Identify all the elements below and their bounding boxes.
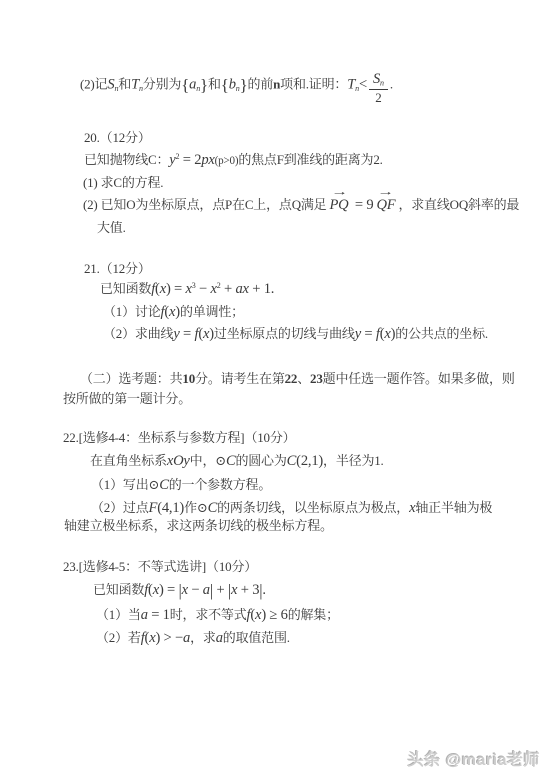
text-segment: 时，求不等式 [170,607,247,622]
question21-part2: （2）求曲线y = f(x)过坐标原点的切线与曲线y = f(x)的公共点的坐标… [103,325,488,344]
text-segment: ax [235,281,248,297]
question23-heading: 23.[选修4-5：不等式选讲]（10分） [63,559,257,576]
text-segment: 的圆心为 [235,453,286,468]
text-segment: n [380,79,384,88]
text-segment: ) = [159,582,179,598]
text-segment: a [203,582,210,598]
text-segment: 按所做的第一题计分。 [63,391,191,406]
text-segment: 轴建立极坐标系，求这两条切线的极坐标方程。 [64,518,333,533]
text-segment: （二）选考题：共 [80,371,182,386]
fraction: Sn2 [369,72,388,105]
text-segment: . [262,582,265,598]
text-segment: 21.（12分） [84,261,151,276]
text-segment: } [200,76,208,95]
text-segment: （2）过点 [91,500,149,515]
text-segment: (2,1) [296,453,323,469]
text-segment: (4,1) [157,500,184,516]
text-segment: S [373,71,380,87]
text-segment: ) ≥ 6 [261,607,287,623]
selective-question-note-line1: （二）选考题：共10分。请考生在第22、23题中任选一题作答。如果多做，则 [80,371,515,388]
question21-part1: （1）讨论f(x)的单调性； [103,303,244,322]
question20-part1: (1) 求C的方程. [83,175,163,192]
question20-part2-continuation: 大值. [97,220,126,237]
text-segment: } [240,76,248,95]
text-segment: a [141,607,148,623]
question22-part1: （1）写出⊙C的一个参数方程。 [91,476,271,495]
text-segment: = 9 [352,197,374,213]
text-segment: (1) 求C的方程. [83,175,163,190]
text-segment: （1）当 [96,607,141,622]
text-segment: 的一个参数方程。 [169,477,271,492]
vector-arrow-icon: → [371,188,401,198]
text-segment: 已知函数 [100,281,151,296]
text-segment: ，求直线OQ斜率的最 [398,197,519,212]
text-segment: 、 [297,371,310,386]
text-segment: xOy [167,453,190,469]
text-segment: 22.[选修4-4：坐标系与参数方程]（10分） [63,430,295,445]
text-segment: 23 [310,371,323,386]
text-segment: 轴正半轴为极 [415,500,492,515]
text-segment: 10 [182,371,195,386]
text-segment: + [213,582,228,598]
text-segment: ，求 [190,630,216,645]
text-segment: F [149,500,158,516]
text-segment: T [131,77,139,93]
text-segment: 分。请考生在第 [195,371,285,386]
text-segment: 大值. [97,220,126,235]
text-segment: ，半径为1. [323,453,384,468]
text-segment: − [188,582,203,598]
text-segment: = 1 [148,607,170,623]
text-segment: 过坐标原点的切线与曲线 [214,326,355,341]
question23-intro: 已知函数f(x) = |x − a| + |x + 3|. [93,580,266,602]
text-segment: 的两条切线，以坐标原点为极点， [217,500,409,515]
text-segment: ) = [166,281,186,297]
text-segment: 项和.证明： [280,77,347,92]
text-segment: 的取值范围. [223,630,290,645]
text-segment: 和 [118,77,131,92]
text-segment: { [181,76,189,95]
text-segment: . [390,77,393,92]
text-segment: 在直角坐标系 [90,453,167,468]
text-segment: 已知抛物线C： [84,152,169,167]
text-segment: − [196,281,211,297]
text-segment: + 3 [237,582,259,598]
question20-part2: (2) 已知O为坐标原点，点P在C上，点Q满足→PQ = 9→QF，求直线OQ斜… [83,196,519,215]
text-segment: + [221,281,236,297]
text-segment: C [287,453,297,469]
text-segment: ) > − [155,630,183,646]
text-segment: 22 [285,371,298,386]
text-segment: = 2 [179,152,201,168]
text-segment: 已知函数 [93,582,144,597]
text-segment: 的公共点的坐标. [395,326,488,341]
question23-part1: （1）当a = 1时，求不等式f(x) ≥ 6的解集； [96,606,339,625]
question22-part2-continuation: 轴建立极坐标系，求这两条切线的极坐标方程。 [64,518,333,535]
text-segment: T [347,77,355,93]
text-segment: 的单调性； [180,304,244,319]
selective-question-note-line2: 按所做的第一题计分。 [63,391,191,408]
watermark: 头条 @maria老师 [408,747,540,770]
text-segment: a [216,630,223,646]
text-segment: b [229,77,236,93]
text-segment: (2) 已知O为坐标原点，点P在C上，点Q满足 [83,197,327,212]
text-segment: = [361,326,376,342]
text-segment: = [180,326,195,342]
fraction-denominator: 2 [369,90,388,105]
text-segment: 和 [208,77,221,92]
question22-intro: 在直角坐标系xOy中，⊙C的圆心为C(2,1)，半径为1. [90,452,384,471]
question21-intro: 已知函数f(x) = x3 − x2 + ax + 1. [100,280,274,299]
vector: →QF [376,196,395,215]
question22-heading: 22.[选修4-4：坐标系与参数方程]（10分） [63,430,295,447]
text-segment: 20.（12分） [84,130,151,145]
text-segment: （2）若 [96,630,141,645]
exam-page: (2)记Sn和Tn分别为{an}和{bn}的前n项和.证明：Tn<Sn2. 20… [0,0,550,778]
vector-arrow-icon: → [324,188,354,198]
vector-base: QF [376,197,395,213]
text-segment: C [208,500,218,516]
text-segment: 题中任选一题作答。如果多做，则 [323,371,515,386]
text-segment: （1）讨论 [103,304,161,319]
text-segment: 23.[选修4-5：不等式选讲]（10分） [63,559,257,574]
text-segment: 的焦点F到准线的距离为2. [238,152,382,167]
text-segment: (2)记 [80,77,107,92]
text-segment: + 1. [249,281,274,297]
text-segment: 作⊙ [184,500,208,515]
text-segment: 2 [375,90,381,105]
vector: →PQ [330,196,349,215]
question22-part2: （2）过点F(4,1)作⊙C的两条切线，以坐标原点为极点，x轴正半轴为极 [91,499,492,518]
vector-base: PQ [330,197,349,213]
text-segment: C [159,477,169,493]
text-segment: （2）求曲线 [103,326,173,341]
text-segment: 的前 [248,77,274,92]
text-segment: 的解集； [288,607,339,622]
fraction-numerator: Sn [369,72,388,90]
text-segment: { [221,76,229,95]
text-segment: 中，⊙ [190,453,226,468]
text-segment: (p>0) [215,155,239,167]
question20-intro: 已知抛物线C：y2 = 2px(p>0)的焦点F到准线的距离为2. [84,151,383,170]
question20-heading: 20.（12分） [84,130,151,147]
question23-part2: （2）若f(x) > −a，求a的取值范围. [96,629,290,648]
text-segment: 分别为 [143,77,181,92]
question21-heading: 21.（12分） [84,261,151,278]
text-segment: < [359,77,367,93]
text-segment: （1）写出⊙ [91,477,159,492]
text-segment: px [201,152,214,168]
question19-part2-proof-line: (2)记Sn和Tn分别为{an}和{bn}的前n项和.证明：Tn<Sn2. [80,72,393,105]
